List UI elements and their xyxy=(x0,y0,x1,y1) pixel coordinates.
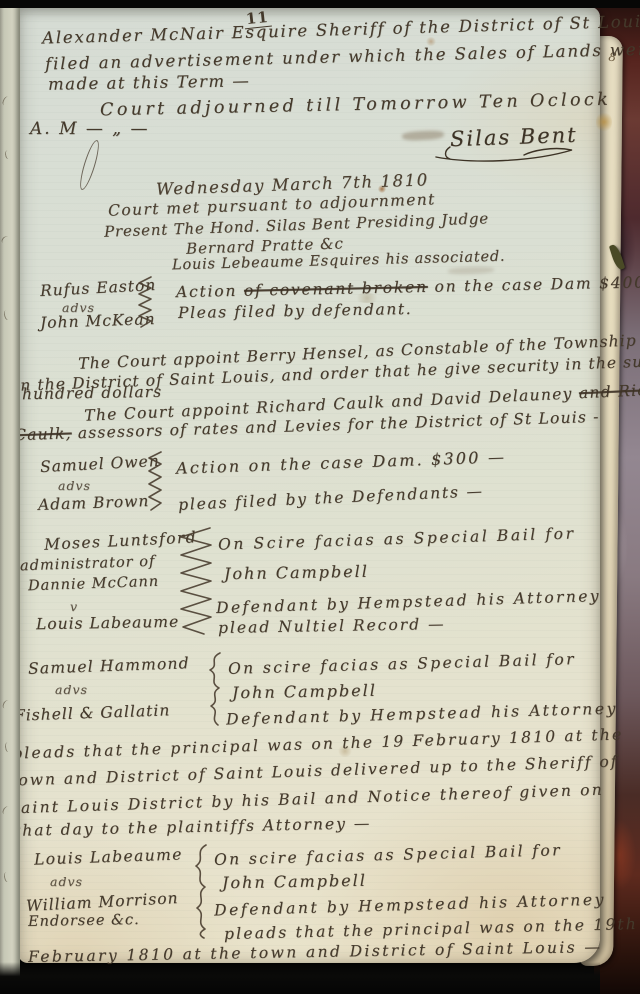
case-luntsford-v: v xyxy=(70,599,78,614)
case-brace-squiggle xyxy=(190,843,210,939)
case-labeaume-party2b: Endorsee &c. xyxy=(28,912,140,930)
case-brace-squiggle xyxy=(204,651,224,727)
case-easton-action: Action of covenant broken on the case Da… xyxy=(176,273,640,301)
edge-writing-fragment xyxy=(0,235,10,245)
adjournment-line2: A. M — „ — xyxy=(30,119,150,139)
case-owen-advs: advs xyxy=(58,478,91,493)
case-hammond-party1: Samuel Hammond xyxy=(28,654,190,678)
insert-number: 11 xyxy=(243,8,272,30)
order-constable-line3: hundred dollars xyxy=(22,383,162,403)
case-luntsford-line2: John Campbell xyxy=(224,562,369,584)
case-owen-party2: Adam Brown xyxy=(38,492,150,514)
case-luntsford-line4: plead Nultiel Record — xyxy=(218,615,446,637)
edge-writing-fragment xyxy=(2,309,11,320)
case-luntsford-party2: Louis Labeaume xyxy=(36,613,179,633)
case-brace-squiggle xyxy=(136,275,154,329)
case-brace-squiggle xyxy=(146,450,164,512)
case-labeaume-party1: Louis Labeaume xyxy=(34,845,183,868)
interlined-faded-word xyxy=(448,266,494,275)
case-hammond-party2: Fishell & Gallatin xyxy=(14,701,171,724)
case-owen-party1: Samuel Owen xyxy=(40,452,161,476)
manuscript-photo: 8 Alexander McNair Esquire Sheriff of th… xyxy=(0,0,640,994)
pen-stroke-mark xyxy=(77,139,103,192)
case-luntsford-party1b: administrator of xyxy=(20,554,156,575)
case-labeaume-advs: advs xyxy=(50,874,83,889)
case-luntsford-line1: On Scire facias as Special Bail for xyxy=(218,524,576,553)
case-hammond-line1: On scire facias as Special Bail for xyxy=(228,650,576,678)
case-labeaume-line3: Defendant by Hempstead his Attorney xyxy=(214,891,606,920)
case-labeaume-party2: William Morrison xyxy=(26,889,179,915)
manuscript-page: Alexander McNair Esquire Sheriff of the … xyxy=(18,7,600,963)
photo-border-bottom xyxy=(0,962,600,994)
assessors-struck-text: and Richard xyxy=(578,379,640,402)
case-owen-pleas: pleas filed by the Defendants — xyxy=(178,482,484,514)
action-pre: Action xyxy=(176,282,244,301)
edge-writing-fragment xyxy=(2,699,11,710)
edge-writing-fragment xyxy=(4,741,12,752)
entry-mcnair-line3: made at this Term — xyxy=(48,71,251,94)
case-hammond-cont4: that day to the plaintiffs Attorney — xyxy=(14,814,372,839)
adjournment-line: Court adjourned till Tomorrow Ten Oclock xyxy=(100,90,611,121)
action-struck-text: of covenant broken xyxy=(244,278,428,300)
case-owen-action: Action on the case Dam. $300 — xyxy=(176,447,507,478)
case-easton-pleas: Pleas filed by defendant. xyxy=(178,300,413,322)
case-labeaume-line1: On scire facias as Special Bail for xyxy=(214,841,562,869)
case-hammond-line2: John Campbell xyxy=(232,681,377,703)
case-luntsford-line3: Defendant by Hempstead his Attorney xyxy=(216,587,601,617)
edge-writing-fragment xyxy=(2,805,12,816)
case-brace-coil xyxy=(178,525,214,637)
photo-border-top xyxy=(0,0,640,8)
edge-writing-fragment xyxy=(3,871,12,882)
case-hammond-line3: Defendant by Hempstead his Attorney xyxy=(226,700,618,729)
case-luntsford-party1c: Dannie McCann xyxy=(28,574,160,595)
edge-writing-fragment xyxy=(2,95,12,107)
assessors-struck-caulk: Caulk, xyxy=(14,424,72,444)
faded-ink-smudge xyxy=(402,130,444,141)
signature-flourish xyxy=(432,143,582,165)
case-luntsford-party1: Moses Luntsford xyxy=(44,528,198,553)
case-hammond-advs: advs xyxy=(55,682,88,697)
facing-page-edge xyxy=(0,0,20,994)
case-labeaume-line2: John Campbell xyxy=(222,871,367,893)
edge-writing-fragment xyxy=(4,149,12,159)
